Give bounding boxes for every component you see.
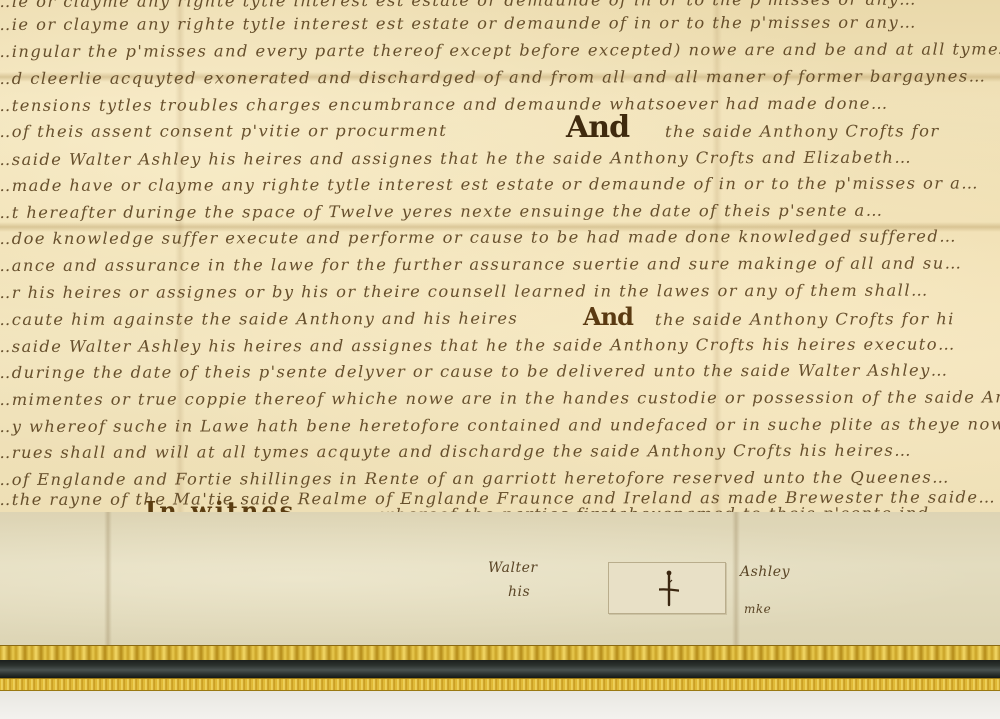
manuscript-line: …of theis assent consent p'vitie or proc… xyxy=(0,121,447,141)
manuscript-line: …saide Walter Ashley his heires and assi… xyxy=(0,335,956,356)
manuscript-line: …t hereafter duringe the space of Twelve… xyxy=(0,201,883,222)
foldover-crease xyxy=(104,512,112,645)
manuscript-line: …d cleerlie acquyted exonerated and disc… xyxy=(0,66,986,88)
signature-mark-label: mke xyxy=(744,602,771,616)
manuscript-line: …rues shall and will at all tymes acquyt… xyxy=(0,441,912,462)
manuscript-line-continuation: the saide Anthony Crofts for xyxy=(665,121,940,141)
manuscript-line: …duringe the date of theis p'sente delyv… xyxy=(0,361,949,382)
manuscript-line: …made have or clayme any righte tytle in… xyxy=(0,173,979,195)
frame-gilt-molding-top xyxy=(0,645,1000,661)
manuscript-line-continuation: the saide Anthony Crofts for hi xyxy=(655,309,955,329)
foldover-crease xyxy=(732,512,740,645)
manuscript-line: …ingular the p'misses and every parte th… xyxy=(0,39,1000,61)
frame-gilt-molding-bottom xyxy=(0,678,1000,691)
manuscript-line: …of Englande and Fortie shillinges in Re… xyxy=(0,468,950,489)
manuscript-line: …doe knowledge suffer execute and perfor… xyxy=(0,227,957,248)
background-wall xyxy=(0,691,1000,719)
manuscript-line: …r his heires or assignes or by his or t… xyxy=(0,281,929,302)
decorated-initial-and: And xyxy=(566,110,629,145)
parchment-text-area: …ie or clayme any righte tytle interest … xyxy=(0,0,1000,512)
manuscript-line: …ance and assurance in the lawe for the … xyxy=(0,254,962,275)
seal-tag xyxy=(608,562,726,614)
parchment-foldover: Walter his Ashley mke xyxy=(0,512,1000,645)
manuscript-line: …mimentes or true coppie thereof whiche … xyxy=(0,387,1000,409)
signature-his: his xyxy=(508,584,530,600)
signature-ashley: Ashley xyxy=(740,564,790,580)
manuscript-line: …caute him againste the saide Anthony an… xyxy=(0,309,518,329)
picture-frame xyxy=(0,645,1000,691)
manuscript-line: …ie or clayme any righte tytle interest … xyxy=(0,13,917,34)
decorated-initial-and: And xyxy=(583,302,633,331)
cross-mark-icon xyxy=(659,569,679,609)
manuscript-line: …saide Walter Ashley his heires and assi… xyxy=(0,148,912,169)
manuscript-line: …y whereof suche in Lawe hath bene heret… xyxy=(0,414,1000,436)
decorated-heading-in-witness: In witnes xyxy=(145,496,296,512)
manuscript-line: …ie or clayme any righte tytle interest … xyxy=(0,0,917,11)
signature-walter: Walter xyxy=(488,560,538,576)
frame-black-band xyxy=(0,660,1000,678)
manuscript-line: whereof the parties firstabovenamed to t… xyxy=(380,504,930,512)
manuscript-line: …tensions tytles troubles charges encumb… xyxy=(0,94,889,115)
